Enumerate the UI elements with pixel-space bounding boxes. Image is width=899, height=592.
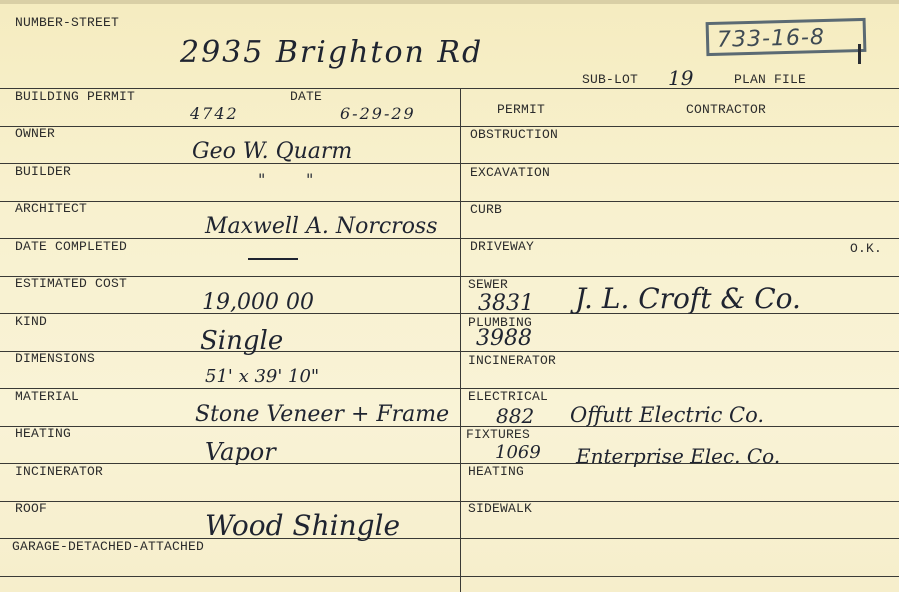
material-value: Stone Veneer + Frame bbox=[195, 404, 449, 426]
heating-value: Vapor bbox=[205, 440, 276, 464]
obstruction-label: OBSTRUCTION bbox=[470, 128, 558, 142]
file-number-stamp: 733-16-8 bbox=[706, 18, 867, 56]
excavation-label: EXCAVATION bbox=[470, 166, 550, 180]
plumbing-permit: 3988 bbox=[476, 328, 532, 350]
electrical-label: ELECTRICAL bbox=[468, 390, 548, 404]
rule bbox=[0, 201, 899, 202]
date-completed-label: DATE COMPLETED bbox=[15, 240, 127, 254]
rule bbox=[0, 126, 899, 127]
architect-value: Maxwell A. Norcross bbox=[205, 216, 438, 238]
building-permit-label: BUILDING PERMIT bbox=[15, 90, 135, 104]
heating-permit-label: HEATING bbox=[468, 465, 524, 479]
fixtures-label: FIXTURES bbox=[466, 428, 530, 442]
builder-label: BUILDER bbox=[15, 165, 71, 179]
sewer-permit: 3831 bbox=[478, 293, 534, 315]
rule bbox=[0, 276, 899, 277]
heating-label: HEATING bbox=[15, 427, 71, 441]
file-number: 733-16-8 bbox=[717, 25, 825, 53]
kind-label: KIND bbox=[15, 315, 47, 329]
rule bbox=[0, 351, 899, 352]
number-street-label: NUMBER-STREET bbox=[15, 16, 119, 30]
contractor-header: CONTRACTOR bbox=[686, 103, 766, 117]
fixtures-permit: 1069 bbox=[495, 444, 541, 462]
estimated-cost-value: 19,000 00 bbox=[202, 292, 314, 314]
electrical-permit: 882 bbox=[496, 406, 534, 426]
estimated-cost-label: ESTIMATED COST bbox=[15, 277, 127, 291]
rule bbox=[0, 426, 899, 427]
incinerator-permit-label: INCINERATOR bbox=[468, 354, 556, 368]
date-label: DATE bbox=[290, 90, 322, 104]
column-divider bbox=[460, 88, 461, 592]
sewer-contractor: J. L. Croft & Co. bbox=[575, 285, 801, 313]
architect-label: ARCHITECT bbox=[15, 202, 87, 216]
rule bbox=[0, 576, 899, 577]
plan-file-label: PLAN FILE bbox=[734, 73, 806, 87]
dash-mark bbox=[248, 258, 298, 260]
kind-value: Single bbox=[200, 328, 283, 354]
address-value: 2935 Brighton Rd bbox=[180, 38, 483, 68]
material-label: MATERIAL bbox=[15, 390, 79, 404]
building-permit-value: 4742 bbox=[190, 106, 239, 122]
incinerator-label: INCINERATOR bbox=[15, 465, 103, 479]
date-value: 6-29-29 bbox=[340, 106, 416, 122]
rule bbox=[0, 163, 899, 164]
electrical-contractor: Offutt Electric Co. bbox=[570, 405, 764, 426]
sub-lot-value: 19 bbox=[668, 68, 693, 88]
curb-label: CURB bbox=[470, 203, 502, 217]
builder-value: " " bbox=[258, 172, 313, 188]
rule bbox=[0, 388, 899, 389]
stamp-mark bbox=[858, 44, 861, 64]
roof-label: ROOF bbox=[15, 502, 47, 516]
garage-label: GARAGE-DETACHED-ATTACHED bbox=[12, 540, 204, 554]
sidewalk-label: SIDEWALK bbox=[468, 502, 532, 516]
permit-header: PERMIT bbox=[497, 103, 545, 117]
sewer-label: SEWER bbox=[468, 278, 508, 292]
owner-label: OWNER bbox=[15, 127, 55, 141]
dimensions-label: DIMENSIONS bbox=[15, 352, 95, 366]
owner-value: Geo W. Quarm bbox=[192, 141, 352, 163]
fixtures-contractor: Enterprise Elec. Co. bbox=[576, 446, 780, 466]
roof-value: Wood Shingle bbox=[205, 512, 400, 540]
permit-card: NUMBER-STREET 2935 Brighton Rd 733-16-8 … bbox=[0, 0, 899, 592]
rule bbox=[0, 501, 899, 502]
dimensions-value: 51' x 39' 10" bbox=[205, 368, 319, 386]
sub-lot-label: SUB-LOT bbox=[582, 73, 638, 87]
driveway-status: O.K. bbox=[850, 242, 882, 256]
driveway-label: DRIVEWAY bbox=[470, 240, 534, 254]
rule bbox=[0, 238, 899, 239]
